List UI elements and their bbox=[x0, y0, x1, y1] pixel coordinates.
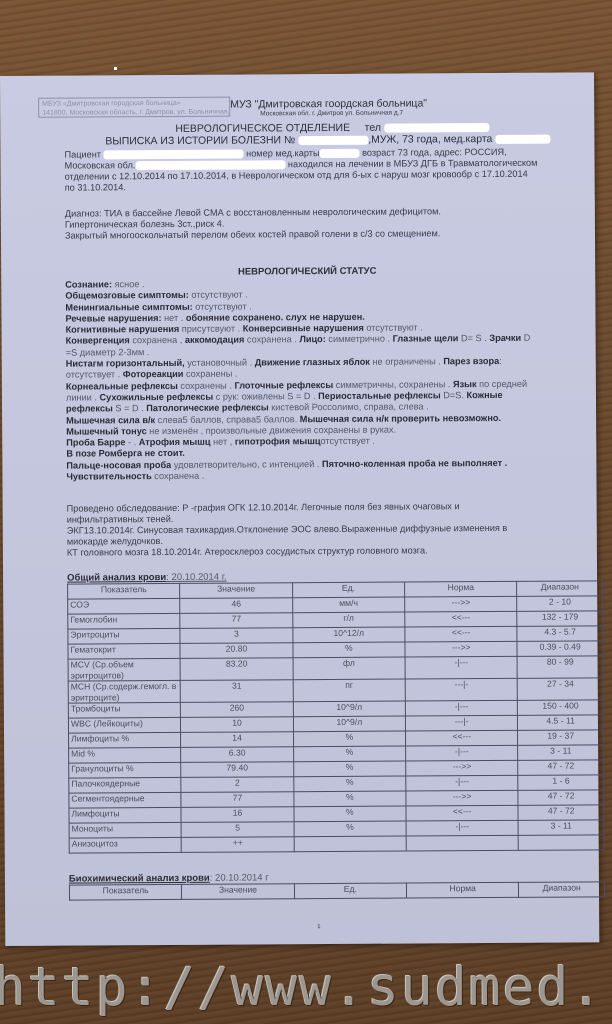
finding-value: слева5 баллов, справа5 баллов. bbox=[158, 414, 300, 425]
value-cell: 14 bbox=[181, 732, 293, 748]
cbc-date: : 20.10.2014 г. bbox=[166, 572, 226, 583]
finding-value: сохранена , bbox=[132, 335, 185, 345]
redacted-card bbox=[320, 149, 360, 158]
range-cell: 47 - 72 bbox=[518, 805, 604, 821]
value-cell: 6.30 bbox=[181, 747, 293, 763]
indicator-cell: Показатель bbox=[68, 583, 180, 599]
indicator-cell: Эритроциты bbox=[68, 628, 180, 644]
norm-cell bbox=[406, 835, 518, 851]
finding-label: Конверсивные нарушения bbox=[243, 323, 367, 334]
finding-value: : bbox=[499, 356, 502, 366]
finding-label: Патологические рефлексы bbox=[146, 403, 271, 414]
department-name: НЕВРОЛОГИЧЕСКОЕ ОТДЕЛЕНИЕ bbox=[175, 122, 350, 135]
norm-cell: -|--- bbox=[406, 775, 518, 791]
finding-label: рефлексы bbox=[66, 404, 115, 414]
examinations: Проведено обследование: Р -графия ОГК 12… bbox=[67, 500, 602, 558]
finding-label: Мышечная сила в/к bbox=[66, 415, 158, 426]
range-cell: 19 - 37 bbox=[518, 730, 604, 746]
finding-value: D=S. bbox=[443, 390, 466, 400]
finding-label: аккомодация bbox=[185, 335, 247, 345]
finding-value: присутсвуют . bbox=[182, 324, 243, 334]
value-cell: 20.80 bbox=[180, 643, 292, 659]
region: Московская обл. bbox=[65, 160, 136, 170]
watermark: http://www.sudmed.ru bbox=[0, 957, 612, 1018]
finding-label: Кожные bbox=[466, 390, 502, 400]
norm-cell: <<--- bbox=[406, 805, 518, 821]
finding-label: Периостальные рефлексы bbox=[318, 390, 443, 401]
cbc-table: ПоказательЗначениеЕд.НормаДиапазонСОЭ46м… bbox=[67, 580, 605, 853]
document-title-line: ВЫПИСКА ИЗ ИСТОРИИ БОЛЕЗНИ № ,МУЖ, 73 го… bbox=[105, 133, 550, 148]
indicator-cell: Лимфоциты % bbox=[69, 732, 181, 748]
title-suffix: ,МУЖ, 73 года, мед.карта bbox=[368, 133, 492, 146]
table-header-row: ПоказательЗначениеЕд.НормаДиапазон bbox=[69, 882, 604, 900]
finding-label: Парез взора bbox=[443, 356, 499, 366]
finding-label: Движение глазных яблок bbox=[255, 357, 373, 368]
value-cell: 5 bbox=[181, 822, 293, 838]
finding-value: нет , bbox=[213, 437, 235, 447]
finding-label: Зрачки bbox=[489, 333, 523, 343]
norm-cell: --->> bbox=[405, 596, 517, 612]
range-cell: 2 - 10 bbox=[517, 596, 603, 612]
finding-label: Фотореакции bbox=[123, 369, 186, 379]
range-cell bbox=[519, 835, 605, 851]
document-title: ВЫПИСКА ИЗ ИСТОРИИ БОЛЕЗНИ № bbox=[105, 134, 295, 147]
value-cell: 2 bbox=[181, 777, 293, 793]
range-cell: 1 - 6 bbox=[518, 775, 604, 791]
table-row: Анизоцитоз++ bbox=[69, 835, 604, 853]
neuro-status-body: Сознание: ясное .Общемозговые симптомы: … bbox=[65, 276, 601, 483]
finding-value: удовлетворительно, с интенцией . bbox=[174, 459, 322, 470]
indicator-cell: Гематокрит bbox=[68, 643, 180, 659]
finding-label: Конвергенция bbox=[66, 336, 133, 346]
treatment-text: находился на лечении в МБУЗ ДГБ в Травма… bbox=[288, 158, 538, 170]
hospital-stamp: МБУЗ «Дмитровская городская больница» 14… bbox=[38, 97, 230, 118]
norm-cell: <<--- bbox=[405, 611, 517, 627]
finding-label: Корнеальные рефлексы bbox=[66, 381, 181, 392]
norm-cell: --->> bbox=[405, 641, 517, 657]
redacted-card-number bbox=[495, 134, 550, 143]
finding-label: Пальце-носовая проба bbox=[66, 460, 173, 471]
range-cell: 4.5 - 11 bbox=[518, 715, 604, 731]
biochem-date: : 20.10.2014 г bbox=[210, 872, 269, 883]
finding-value: не ограничены . bbox=[372, 356, 443, 366]
finding-value: нет . bbox=[164, 313, 186, 323]
unit-cell: г/л bbox=[292, 612, 404, 628]
unit-cell: фл bbox=[293, 657, 405, 680]
finding-value: ясное . bbox=[115, 279, 145, 289]
unit-cell: мм/ч bbox=[292, 597, 404, 613]
unit-cell: % bbox=[293, 731, 405, 747]
finding-label: Глоточные рефлексы bbox=[234, 380, 335, 391]
range-cell: 47 - 72 bbox=[518, 760, 604, 776]
dust-speck bbox=[114, 67, 117, 70]
finding-label: Атрофия мышц bbox=[139, 437, 213, 447]
norm-cell: --->> bbox=[406, 790, 518, 806]
finding-label: Сухожильные рефлексы bbox=[99, 392, 215, 403]
unit-cell: Ед. bbox=[292, 582, 404, 598]
norm-cell: --->> bbox=[406, 760, 518, 776]
indicator-cell: Показатель bbox=[69, 884, 181, 900]
unit-cell: % bbox=[294, 806, 406, 822]
unit-cell: % bbox=[293, 746, 405, 762]
value-cell: 3 bbox=[180, 628, 292, 644]
indicator-cell: Гемоглобин bbox=[68, 613, 180, 629]
finding-label: гипотрофия мышц bbox=[235, 436, 321, 447]
norm-cell: -|--- bbox=[405, 656, 517, 679]
table-row: MCH (Ср.содерж.гемогл. в эритроците)31пг… bbox=[68, 678, 603, 703]
finding-label: Менингиальные симптомы: bbox=[65, 301, 195, 312]
finding-label: Мышечный тонус bbox=[66, 426, 149, 437]
finding-value: симметричны, сохранены . bbox=[336, 379, 453, 390]
table-row: MCV (Ср.объем эритроцитов)83.20фл-|---80… bbox=[68, 656, 603, 681]
unit-cell: % bbox=[293, 642, 405, 658]
value-cell: 31 bbox=[181, 680, 293, 703]
finding-label: Проба Барре bbox=[66, 437, 128, 447]
unit-cell: % bbox=[294, 791, 406, 807]
finding-value: отсутствуют . bbox=[191, 290, 247, 300]
finding-label: обоняние сохранено. слух не нарушен. bbox=[186, 312, 365, 323]
indicator-cell: Сегментоядерные bbox=[69, 792, 181, 808]
value-cell: 77 bbox=[181, 792, 293, 808]
indicator-cell: Моноциты bbox=[69, 822, 181, 838]
norm-cell: ---|- bbox=[405, 678, 517, 701]
value-cell: 77 bbox=[180, 613, 292, 629]
biochem-table: ПоказательЗначениеЕд.НормаДиапазон bbox=[69, 881, 605, 900]
unit-cell: 10^12/л bbox=[293, 627, 405, 643]
indicator-cell: Тромбоциты bbox=[68, 702, 180, 718]
value-cell: 10 bbox=[181, 717, 293, 733]
finding-label: Речевые нарушения: bbox=[65, 313, 164, 324]
range-cell: 3 - 11 bbox=[518, 745, 604, 761]
finding-value: не изменён , произвольные движения сохра… bbox=[149, 424, 396, 436]
finding-value: сохранены . bbox=[180, 380, 234, 390]
unit-cell bbox=[294, 836, 406, 852]
value-cell: 79.40 bbox=[181, 762, 293, 778]
range-cell: 27 - 34 bbox=[518, 678, 604, 701]
norm-cell: -|--- bbox=[406, 745, 518, 761]
range-cell: 4.3 - 5.7 bbox=[517, 626, 603, 642]
finding-value: отсутствуют . bbox=[366, 323, 422, 333]
finding-label: Язык bbox=[453, 379, 479, 389]
range-cell: 0.39 - 0.49 bbox=[517, 641, 603, 657]
finding-label: Общемозговые симптомы: bbox=[65, 290, 191, 301]
finding-value: D= S . bbox=[461, 334, 489, 344]
range-cell: Диапазон bbox=[517, 581, 603, 597]
unit-cell: % bbox=[293, 776, 405, 792]
patient-info: Пациент номер мед.карты возраст 73 года,… bbox=[64, 146, 599, 193]
value-cell: Значение bbox=[182, 884, 294, 900]
value-cell: 83.20 bbox=[180, 658, 292, 681]
age-address: возраст 73 года, адрес: РОССИЯ, bbox=[362, 147, 507, 158]
range-cell: 3 - 11 bbox=[518, 820, 604, 836]
indicator-cell: MCV (Ср.объем эритроцитов) bbox=[68, 658, 180, 681]
redacted-phone bbox=[384, 123, 489, 133]
norm-cell: Норма bbox=[405, 581, 517, 597]
finding-label: Мышечная сила н/к проверить невозможно. bbox=[300, 413, 501, 424]
finding-label: Чувствительность bbox=[66, 471, 154, 482]
norm-cell: ---|- bbox=[405, 715, 517, 731]
finding-label: Пяточно-коленная проба не выполняет . bbox=[322, 458, 507, 469]
redacted-record-number bbox=[298, 135, 368, 144]
diagnosis-line-3: Закрытый многооскольчатый перелом обеих … bbox=[65, 227, 600, 241]
finding-label: Глазные щели bbox=[393, 334, 461, 344]
stamp-line-2: 141800, Московская область, г. Дмитров, … bbox=[42, 108, 226, 118]
finding-value: симметрично . bbox=[328, 334, 392, 344]
norm-cell: -|--- bbox=[406, 820, 518, 836]
value-cell: ++ bbox=[181, 837, 293, 853]
indicator-cell: Палочкоядерные bbox=[69, 777, 181, 793]
diagnosis: Диагноз: ТИА в бассейне Левой СМА с восс… bbox=[65, 205, 600, 241]
norm-cell: -|--- bbox=[405, 700, 517, 716]
page-mark: 1 bbox=[317, 922, 320, 933]
range-cell: 150 - 400 bbox=[518, 700, 604, 716]
finding-value: по средней bbox=[479, 378, 527, 388]
hospital-address: Московская обл. г. Дмитров ул. Больнична… bbox=[260, 110, 403, 118]
indicator-cell: MCH (Ср.содерж.гемогл. в эритроците) bbox=[68, 680, 180, 703]
value-cell: Значение bbox=[180, 583, 292, 599]
finding-value: отсутствуют . bbox=[195, 301, 251, 311]
finding-label: Когнитивные нарушения bbox=[66, 324, 182, 335]
tel-label: тел bbox=[365, 122, 381, 134]
norm-cell: <<--- bbox=[406, 730, 518, 746]
finding-value: линии . bbox=[66, 392, 100, 402]
finding-label: Нистагм горизонтальный, bbox=[66, 358, 188, 369]
value-cell: 46 bbox=[180, 598, 292, 614]
finding-value: =S диаметр 2-3мм . bbox=[66, 347, 150, 358]
range-cell: 47 - 72 bbox=[518, 790, 604, 806]
exam-line-5: КТ головного мозга 18.10.2014г. Атероскл… bbox=[67, 544, 602, 558]
indicator-cell: Лимфоциты bbox=[69, 807, 181, 823]
redacted-address bbox=[135, 160, 285, 170]
cbc-title: Общий анализ крови bbox=[67, 572, 166, 584]
document-page: МБУЗ «Дмитровская городская больница» 14… bbox=[0, 72, 599, 946]
finding-value: сохранена . bbox=[247, 335, 300, 345]
finding-value: отсутствует . bbox=[66, 370, 123, 380]
finding-value: установочный . bbox=[187, 358, 254, 368]
finding-label: Лицо: bbox=[299, 334, 328, 344]
neuro-status-line: Чувствительность сохранена . bbox=[66, 468, 601, 483]
norm-cell: <<--- bbox=[405, 626, 517, 642]
unit-cell: 10^9/л bbox=[293, 716, 405, 732]
range-cell: 132 - 179 bbox=[517, 611, 603, 627]
indicator-cell: Анизоцитоз bbox=[69, 837, 181, 853]
value-cell: 260 bbox=[181, 702, 293, 718]
indicator-cell: Mid % bbox=[69, 747, 181, 763]
biochem-title: Биохимический анализ крови bbox=[69, 873, 210, 885]
finding-value: сохранена . bbox=[154, 471, 204, 481]
norm-cell: Норма bbox=[406, 882, 518, 898]
finding-value: отсутствует . bbox=[320, 436, 374, 446]
finding-value: сохранены . bbox=[186, 369, 238, 379]
patient-label: Пациент bbox=[64, 149, 101, 159]
unit-cell: пг bbox=[293, 679, 405, 702]
card-label: номер мед.карты bbox=[246, 148, 320, 158]
finding-value: кистевой Россолимо, справа, слева . bbox=[271, 402, 428, 413]
unit-cell: % bbox=[293, 761, 405, 777]
unit-cell: % bbox=[294, 821, 406, 837]
indicator-cell: WBC (Лейкоциты) bbox=[68, 717, 180, 733]
finding-value: D bbox=[524, 333, 531, 343]
redacted-patient-name bbox=[104, 150, 244, 160]
range-cell: Диапазон bbox=[519, 882, 605, 898]
indicator-cell: Гранулоциты % bbox=[69, 762, 181, 778]
finding-value: - . bbox=[128, 437, 139, 447]
finding-label: В позе Ромберга не стоит. bbox=[66, 448, 185, 459]
range-cell: 80 - 99 bbox=[517, 656, 603, 679]
value-cell: 16 bbox=[181, 807, 293, 823]
finding-value: с рук: оживлены S = D . bbox=[216, 391, 318, 402]
unit-cell: 10^9/л bbox=[293, 701, 405, 717]
finding-label: Сознание: bbox=[65, 279, 114, 289]
unit-cell: Ед. bbox=[294, 883, 406, 899]
indicator-cell: СОЭ bbox=[68, 598, 180, 614]
finding-value: S = D . bbox=[115, 403, 146, 413]
